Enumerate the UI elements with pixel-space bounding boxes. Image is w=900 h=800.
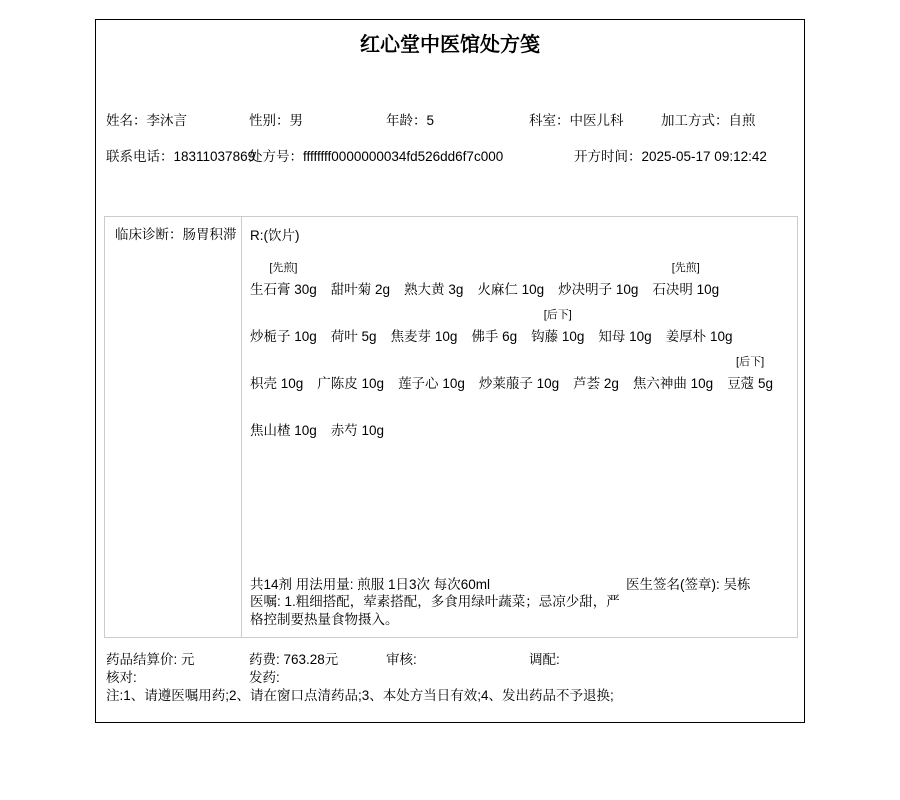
med-name-dose: 荷叶 5g [331,326,377,351]
settlement-price-value: 元 [177,652,194,667]
med-item: 炒栀子 10g [250,304,317,351]
decoction-tag [666,304,733,326]
med-item: 荷叶 5g [331,304,377,351]
decoction-tag [317,351,384,373]
decoction-tag [633,351,713,373]
rx-bottom-section: 共14剂 用法用量: 煎服 1日3次 每次60ml 医嘱: 1.粗细搭配，荤素搭… [250,576,793,629]
decoction-tag [331,398,384,420]
med-item: 焦麦芽 10g [391,304,458,351]
decoction-tag [404,257,463,279]
med-name-dose: 甜叶菊 2g [331,279,390,304]
patient-name-field: 姓名：李沐言 [106,112,187,130]
usage-remark-block: 共14剂 用法用量: 煎服 1日3次 每次60ml 医嘱: 1.粗细搭配，荤素搭… [250,576,622,629]
med-name-dose: 莲子心 10g [398,373,465,398]
rx-number-label: 处方号： [249,149,303,164]
decoction-tag [250,398,317,420]
review-field: 审核: [386,651,417,669]
med-item: 甜叶菊 2g [331,257,390,304]
med-item: 知母 10g [598,304,651,351]
med-row: [先煎]生石膏 30g 甜叶菊 2g 熟大黄 3g 火麻仁 10g 炒决明子 1… [250,257,791,304]
med-name-dose: 赤芍 10g [331,420,384,445]
usage-line: 共14剂 用法用量: 煎服 1日3次 每次60ml [250,576,622,593]
dispense-prep-label: 调配: [529,652,560,667]
patient-name-label: 姓名： [106,113,147,128]
med-name-dose: 焦麦芽 10g [391,326,458,351]
decoction-tag [573,351,619,373]
decoction-tag [477,257,544,279]
med-item: [后下]钩藤 10g [531,304,584,351]
dispense-prep-field: 调配: [529,651,560,669]
rx-content-cell: R:(饮片) [先煎]生石膏 30g 甜叶菊 2g 熟大黄 3g 火麻仁 10g… [242,217,797,637]
med-name-dose: 熟大黄 3g [404,279,463,304]
med-name-dose: 枳壳 10g [250,373,303,398]
decoction-tag: [先煎] [250,257,317,279]
processing-method-label: 加工方式： [661,113,729,128]
decoction-tag [391,304,458,326]
doctor-remark: 医嘱: 1.粗细搭配，荤素搭配，多食用绿叶蔬菜；忌凉少甜，严格控制要热量食物摄入… [250,593,622,629]
patient-dept-label: 科室： [529,113,570,128]
footer-row-2: 核对: 发药: [96,669,804,689]
settlement-price-field: 药品结算价: 元 [106,651,195,669]
doctor-signature-field: 医生签名(签章): 吴栋 [622,576,793,593]
med-name-dose: 芦荟 2g [573,373,619,398]
patient-info-row-1: 姓名：李沐言 性别：男 年龄：5 科室：中医儿科 加工方式：自煎 [96,112,804,132]
med-item: [后下]豆蔻 5g [727,351,773,398]
med-name-dose: 钩藤 10g [531,326,584,351]
decoction-tag [558,257,638,279]
med-item: 佛手 6g [471,304,517,351]
rx-time-value: 2025-05-17 09:12:42 [642,149,767,164]
decoction-tag [250,351,303,373]
prescription-box: 临床诊断：肠胃积滞 R:(饮片) [先煎]生石膏 30g 甜叶菊 2g 熟大黄 … [104,216,798,638]
med-row: 焦山楂 10g 赤芍 10g [250,398,791,445]
settlement-price-label: 药品结算价: [106,652,177,667]
patient-gender-field: 性别：男 [249,112,303,130]
med-name-dose: 姜厚朴 10g [666,326,733,351]
patient-gender-value: 男 [290,113,304,128]
patient-dept-value: 中医儿科 [570,113,624,128]
dispense-field: 发药: [249,669,280,687]
med-row: 炒栀子 10g 荷叶 5g 焦麦芽 10g 佛手 6g[后下]钩藤 10g 知母… [250,304,791,351]
decoction-tag [598,304,651,326]
med-item: 焦六神曲 10g [633,351,713,398]
diagnosis-cell: 临床诊断：肠胃积滞 [105,217,242,637]
patient-age-value: 5 [427,113,435,128]
med-name-dose: 知母 10g [598,326,651,351]
diagnosis-label: 临床诊断： [115,227,183,242]
review-label: 审核: [386,652,417,667]
med-item: 芦荟 2g [573,351,619,398]
phone-field: 联系电话：18311037869 [106,148,255,166]
decoction-tag: [后下] [531,304,584,326]
doctor-signature-label: 医生签名(签章): [626,577,724,592]
patient-gender-label: 性别： [249,113,290,128]
decoction-tag [331,257,390,279]
phone-label: 联系电话： [106,149,174,164]
med-item: 炒决明子 10g [558,257,638,304]
drug-fee-value: 763.28元 [280,652,339,667]
med-item: [先煎]生石膏 30g [250,257,317,304]
rx-time-label: 开方时间： [574,149,642,164]
decoction-tag [479,351,559,373]
patient-age-label: 年龄： [386,113,427,128]
processing-method-value: 自煎 [729,113,756,128]
decoction-tag [471,304,517,326]
med-name-dose: 豆蔻 5g [727,373,773,398]
med-name-dose: 焦六神曲 10g [633,373,713,398]
med-name-dose: 炒决明子 10g [558,279,638,304]
med-name-dose: 石决明 10g [652,279,719,304]
decoction-tag [331,304,377,326]
rx-number-field: 处方号：ffffffff0000000034fd526dd6f7c000 [249,148,503,166]
dispense-label: 发药: [249,670,280,685]
patient-age-field: 年龄：5 [386,112,434,130]
med-name-dose: 火麻仁 10g [477,279,544,304]
decoction-tag [398,351,465,373]
med-item: 姜厚朴 10g [666,304,733,351]
med-name-dose: 佛手 6g [471,326,517,351]
rx-number-value: ffffffff0000000034fd526dd6f7c000 [303,149,503,164]
drug-fee-field: 药费: 763.28元 [249,651,338,669]
rx-header: R:(饮片) [250,227,791,245]
prescription-sheet: 红心堂中医馆处方笺 姓名：李沐言 性别：男 年龄：5 科室：中医儿科 加工方式：… [95,19,805,723]
doctor-signature-value: 吴栋 [724,577,751,592]
med-rows: [先煎]生石膏 30g 甜叶菊 2g 熟大黄 3g 火麻仁 10g 炒决明子 1… [250,257,791,445]
decoction-tag: [后下] [727,351,773,373]
med-item: 赤芍 10g [331,398,384,445]
med-name-dose: 生石膏 30g [250,279,317,304]
med-item: 火麻仁 10g [477,257,544,304]
med-item: [先煎]石决明 10g [652,257,719,304]
diagnosis-value: 肠胃积滞 [183,227,237,242]
patient-name-value: 李沐言 [147,113,188,128]
med-item: 炒莱菔子 10g [479,351,559,398]
prescription-page: 红心堂中医馆处方笺 姓名：李沐言 性别：男 年龄：5 科室：中医儿科 加工方式：… [0,0,900,800]
patient-dept-field: 科室：中医儿科 [529,112,624,130]
page-title: 红心堂中医馆处方笺 [96,33,804,57]
med-item: 莲子心 10g [398,351,465,398]
med-name-dose: 焦山楂 10g [250,420,317,445]
processing-method-field: 加工方式：自煎 [661,112,756,130]
patient-info-row-2: 联系电话：18311037869 处方号：ffffffff0000000034f… [96,148,804,168]
med-name-dose: 炒栀子 10g [250,326,317,351]
med-item: 枳壳 10g [250,351,303,398]
med-item: 焦山楂 10g [250,398,317,445]
med-name-dose: 广陈皮 10g [317,373,384,398]
med-row: 枳壳 10g 广陈皮 10g 莲子心 10g 炒莱菔子 10g 芦荟 2g 焦六… [250,351,791,398]
footer-row-1: 药品结算价: 元 药费: 763.28元 审核: 调配: [96,651,804,671]
med-item: 熟大黄 3g [404,257,463,304]
decoction-tag [250,304,317,326]
phone-value: 18311037869 [174,149,256,164]
drug-fee-label: 药费: [249,652,280,667]
check-field: 核对: [106,669,137,687]
med-name-dose: 炒莱菔子 10g [479,373,559,398]
rx-time-field: 开方时间：2025-05-17 09:12:42 [574,148,767,166]
decoction-tag: [先煎] [652,257,719,279]
med-item: 广陈皮 10g [317,351,384,398]
footer-notes: 注:1、请遵医嘱用药;2、请在窗口点清药品;3、本处方当日有效;4、发出药品不予… [106,687,614,705]
check-label: 核对: [106,670,137,685]
